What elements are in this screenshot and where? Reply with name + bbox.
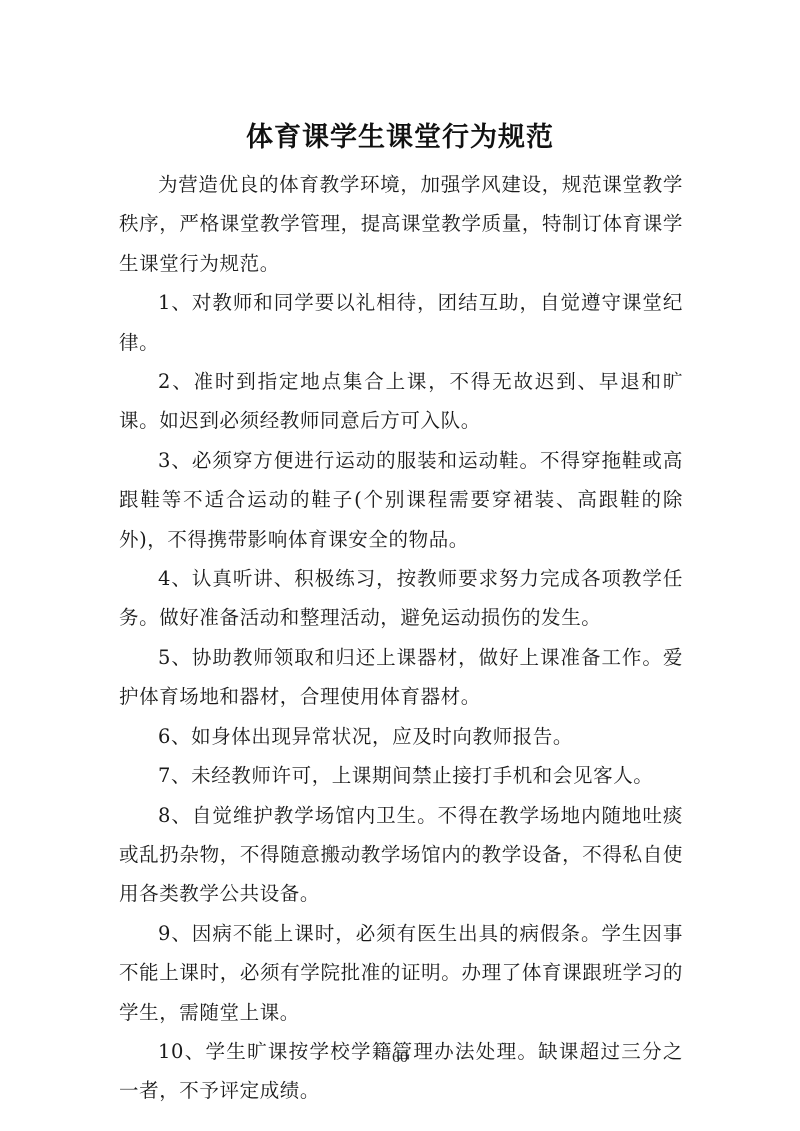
document-body: 为营造优良的体育教学环境，加强学风建设，规范课堂教学秩序，严格课堂教学管理，提高…: [119, 165, 683, 1111]
rule-8: 8、自觉维护教学场馆内卫生。不得在教学场地内随地吐痰或乱扔杂物，不得随意搬动教学…: [119, 796, 683, 914]
rule-10: 10、学生旷课按学校学籍管理办法处理。缺课超过三分之一者，不予评定成绩。: [119, 1032, 683, 1111]
page-number: 60: [0, 1048, 800, 1068]
document-page: 体育课学生课堂行为规范 为营造优良的体育教学环境，加强学风建设，规范课堂教学秩序…: [0, 0, 800, 1131]
intro-paragraph: 为营造优良的体育教学环境，加强学风建设，规范课堂教学秩序，严格课堂教学管理，提高…: [119, 165, 683, 283]
rule-9: 9、因病不能上课时，必须有医生出具的病假条。学生因事不能上课时，必须有学院批准的…: [119, 914, 683, 1032]
document-title: 体育课学生课堂行为规范: [0, 118, 800, 158]
rule-7: 7、未经教师许可，上课期间禁止接打手机和会见客人。: [119, 756, 683, 795]
rule-6: 6、如身体出现异常状况，应及时向教师报告。: [119, 717, 683, 756]
rule-5: 5、协助教师领取和归还上课器材，做好上课准备工作。爱护体育场地和器材，合理使用体…: [119, 638, 683, 717]
rule-1: 1、对教师和同学要以礼相待，团结互助，自觉遵守课堂纪律。: [119, 283, 683, 362]
rule-3: 3、必须穿方便进行运动的服装和运动鞋。不得穿拖鞋或高跟鞋等不适合运动的鞋子(个别…: [119, 441, 683, 559]
rule-4: 4、认真听讲、积极练习，按教师要求努力完成各项教学任务。做好准备活动和整理活动，…: [119, 559, 683, 638]
rule-2: 2、准时到指定地点集合上课，不得无故迟到、早退和旷课。如迟到必须经教师同意后方可…: [119, 362, 683, 441]
